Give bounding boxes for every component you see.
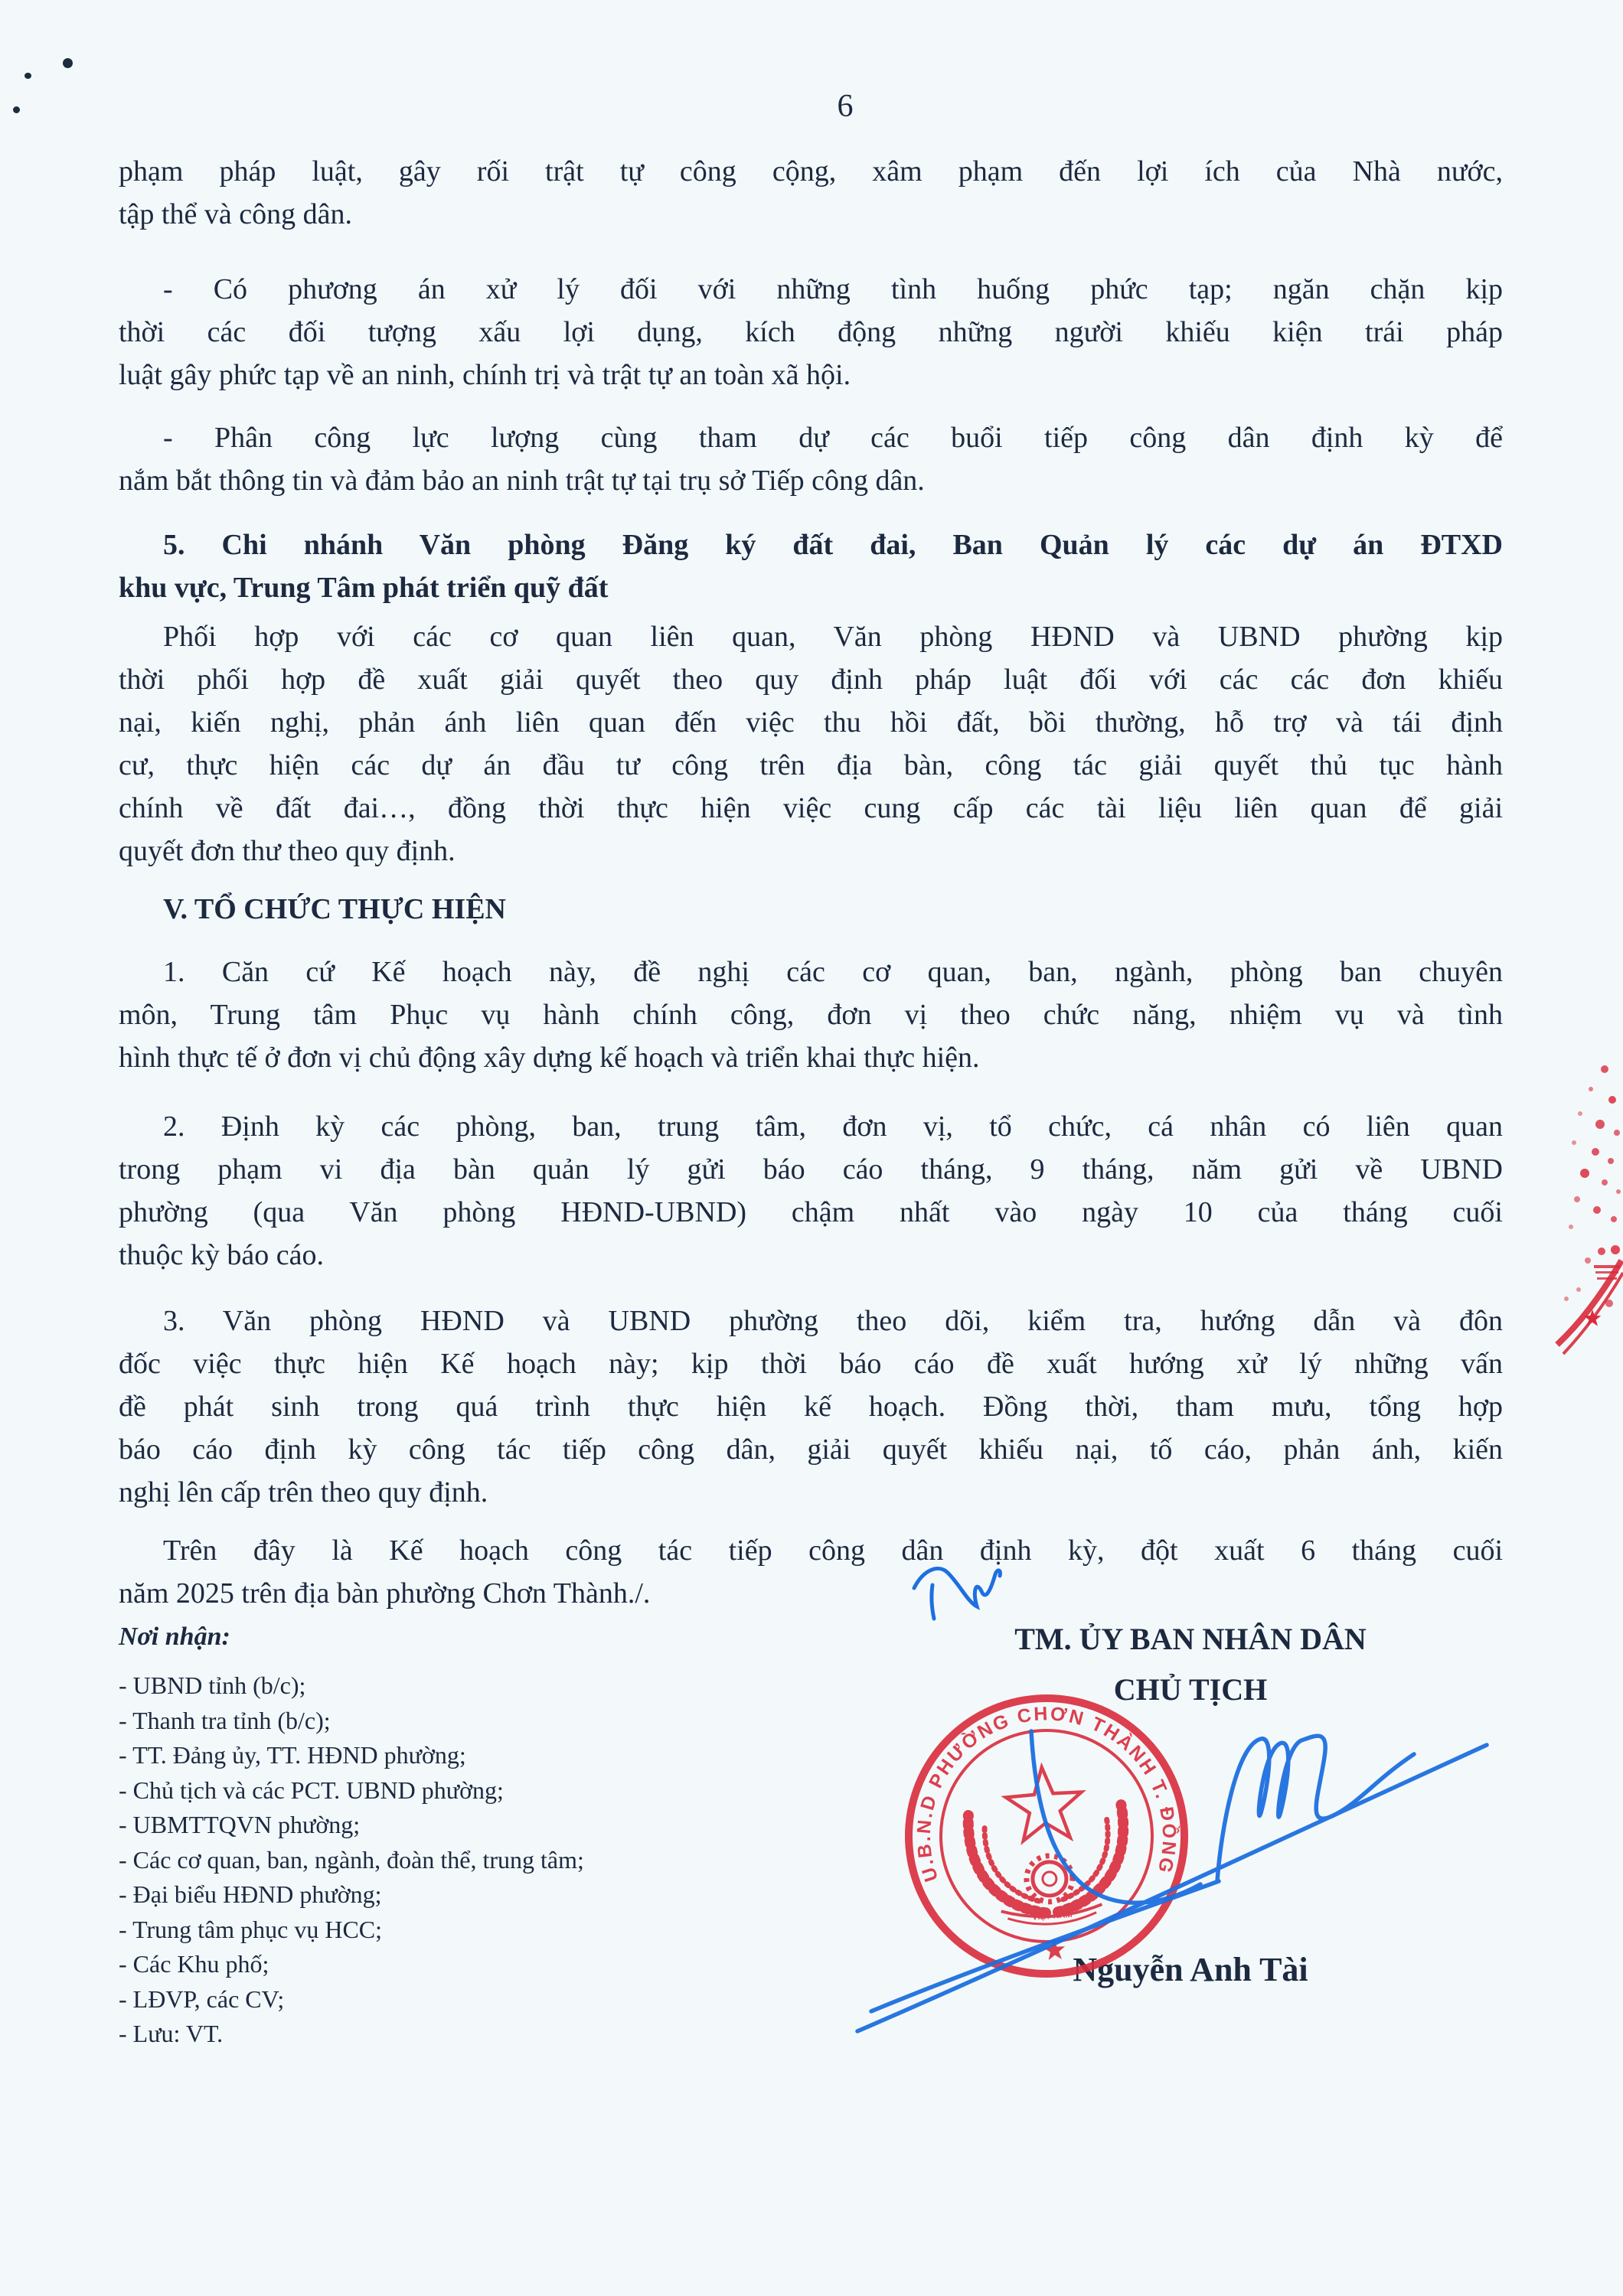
text-line: trong phạm vi địa bàn quản lý gửi báo cá… [119,1148,1503,1191]
text-line: môn, Trung tâm Phục vụ hành chính công, … [119,993,1503,1036]
body-paragraph: - Có phương án xử lý đối với những tình … [119,268,1503,396]
scan-speck [24,73,31,79]
text-line: V. TỔ CHỨC THỰC HIỆN [119,888,1503,931]
text-line: cư, thực hiện các dự án đầu tư công trên… [119,744,1503,787]
text-line: 1. Căn cứ Kế hoạch này, đề nghị các cơ q… [119,951,1503,993]
body-paragraph: phạm pháp luật, gây rối trật tự công cộn… [119,150,1503,236]
recipients-list: - UBND tỉnh (b/c);- Thanh tra tỉnh (b/c)… [119,1668,731,2052]
heading-paragraph: 5. Chi nhánh Văn phòng Đăng ký đất đai, … [119,523,1503,609]
text-line: thuộc kỳ báo cáo. [119,1234,1503,1277]
text-line: 2. Định kỳ các phòng, ban, trung tâm, đơ… [119,1105,1503,1148]
body-paragraph: 2. Định kỳ các phòng, ban, trung tâm, đơ… [119,1105,1503,1277]
text-line: đốc việc thực hiện Kế hoạch này; kịp thờ… [119,1342,1503,1385]
text-line: khu vực, Trung Tâm phát triển quỹ đất [119,566,1503,609]
heading-paragraph: V. TỔ CHỨC THỰC HIỆN [119,888,1503,931]
text-line: 5. Chi nhánh Văn phòng Đăng ký đất đai, … [119,523,1503,566]
text-line: nại, kiến nghị, phản ánh liên quan đến v… [119,701,1503,744]
body-paragraph: 1. Căn cứ Kế hoạch này, đề nghị các cơ q… [119,951,1503,1079]
text-line: tập thể và công dân. [119,193,1503,236]
recipient-item: - Các Khu phố; [119,1947,731,1982]
text-line: phạm pháp luật, gây rối trật tự công cộn… [119,150,1503,193]
text-line: nắm bắt thông tin và đảm bảo an ninh trậ… [119,459,1503,502]
recipient-item: - Lưu: VT. [119,2017,731,2052]
body-paragraph: 3. Văn phòng HĐND và UBND phường theo dõ… [119,1300,1503,1514]
recipient-item: - Đại biểu HĐND phường; [119,1877,731,1913]
recipient-item: - UBMTTQVN phường; [119,1808,731,1843]
recipients-heading: Nơi nhận: [119,1623,230,1652]
text-line: quyết đơn thư theo quy định. [119,830,1503,872]
text-line: năm 2025 trên địa bàn phường Chơn Thành.… [119,1572,1503,1615]
recipient-item: - Thanh tra tỉnh (b/c); [119,1704,731,1739]
text-line: luật gây phức tạp về an ninh, chính trị … [119,354,1503,396]
text-line: thời phối hợp đề xuất giải quyết theo qu… [119,658,1503,701]
body-paragraph: - Phân công lực lượng cùng tham dự các b… [119,416,1503,502]
text-line: Phối hợp với các cơ quan liên quan, Văn … [119,615,1503,658]
page-number: 6 [67,89,1623,124]
scan-speck [13,106,20,113]
recipient-item: - Các cơ quan, ban, ngành, đoàn thể, tru… [119,1843,731,1878]
recipient-item: - LĐVP, các CV; [119,1982,731,2017]
text-line: - Phân công lực lượng cùng tham dự các b… [119,416,1503,459]
text-line: - Có phương án xử lý đối với những tình … [119,268,1503,311]
recipient-item: - TT. Đảng ủy, TT. HĐND phường; [119,1738,731,1773]
signing-authority: TM. ỦY BAN NHÂN DÂN [873,1621,1508,1657]
text-line: phường (qua Văn phòng HĐND-UBND) chậm nh… [119,1191,1503,1234]
scan-speck [63,58,73,68]
signature-icon [834,1707,1508,2059]
ink-squiggle-icon [903,1557,1018,1626]
text-line: hình thực tế ở đơn vị chủ động xây dựng … [119,1036,1503,1079]
recipient-item: - Chủ tịch và các PCT. UBND phường; [119,1773,731,1808]
text-line: thời các đối tượng xấu lợi dụng, kích độ… [119,311,1503,354]
text-line: nghị lên cấp trên theo quy định. [119,1471,1503,1514]
recipient-item: - Trung tâm phục vụ HCC; [119,1913,731,1948]
body-paragraph: Trên đây là Kế hoạch công tác tiếp công … [119,1529,1503,1615]
text-line: báo cáo định kỳ công tác tiếp công dân, … [119,1428,1503,1471]
text-line: 3. Văn phòng HĐND và UBND phường theo dõ… [119,1300,1503,1342]
text-line: chính về đất đai…, đồng thời thực hiện v… [119,787,1503,830]
edge-stamp-fragment [1551,1060,1623,1389]
recipient-item: - UBND tỉnh (b/c); [119,1668,731,1704]
body-paragraph: Phối hợp với các cơ quan liên quan, Văn … [119,615,1503,872]
text-line: đề phát sinh trong quá trình thực hiện k… [119,1385,1503,1428]
document-page: 6 phạm pháp luật, gây rối trật tự công c… [0,0,1623,2296]
text-line: Trên đây là Kế hoạch công tác tiếp công … [119,1529,1503,1572]
